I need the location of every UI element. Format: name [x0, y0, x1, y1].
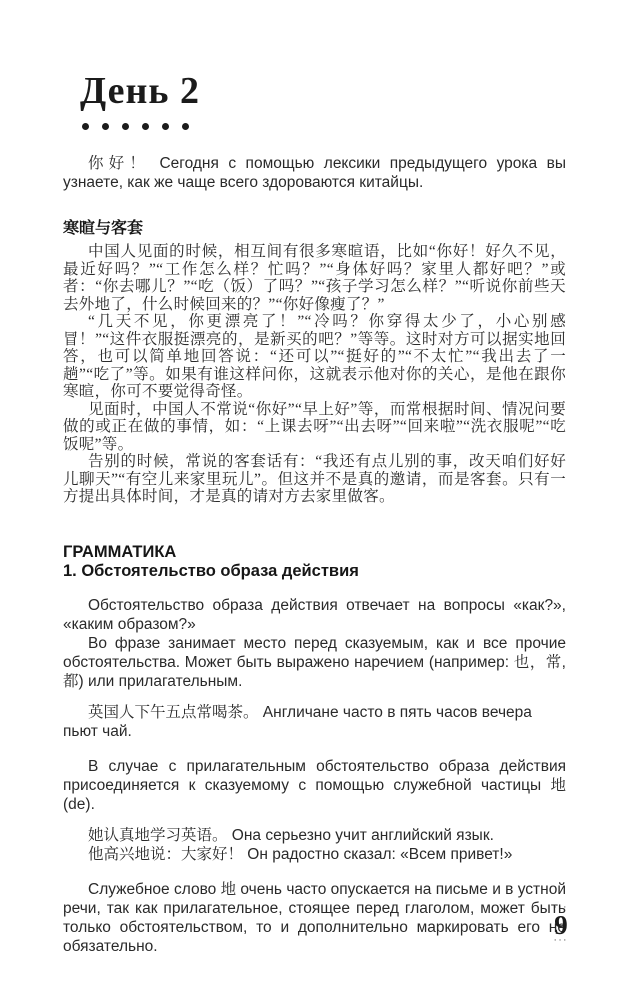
- title-dot: [122, 123, 129, 130]
- page-number: 9: [544, 912, 578, 938]
- chinese-paragraph: 中国人见面的时候，相互间有很多寒暄语，比如“你好！好久不见，最近好吗？”“工作怎…: [63, 243, 566, 313]
- small-talk-section: 寒暄与客套 中国人见面的时候，相互间有很多寒暄语，比如“你好！好久不见，最近好吗…: [63, 219, 566, 506]
- title-dots-decoration: [82, 123, 566, 130]
- grammar-example: 英国人下午五点常喝茶。 Англичане часто в пять часов…: [63, 703, 566, 741]
- title-dot: [182, 123, 189, 130]
- intro-paragraph: 你好！ Сегодня с помощью лексики предыдущег…: [63, 154, 566, 192]
- small-talk-heading: 寒暄与客套: [63, 219, 566, 238]
- example-line: 她认真地学习英语。 Она серьезно учит английский я…: [63, 826, 566, 845]
- grammar-paragraph: В случае с прилагательным обстоятельство…: [63, 757, 566, 814]
- small-talk-paragraphs: 中国人见面的时候，相互间有很多寒暄语，比如“你好！好久不见，最近好吗？”“工作怎…: [63, 243, 566, 506]
- page-number-ornament-bottom: ···: [544, 938, 578, 945]
- example-line: 他高兴地说：大家好！ Он радостно сказал: «Всем при…: [63, 845, 566, 864]
- title-dot: [102, 123, 109, 130]
- page-title: День 2: [80, 70, 566, 112]
- title-dot: [142, 123, 149, 130]
- grammar-heading: ГРАММАТИКА: [63, 543, 566, 562]
- grammar-example: 她认真地学习英语。 Она серьезно учит английский я…: [63, 826, 566, 864]
- book-page: День 2 你好！ Сегодня с помощью лексики пре…: [0, 0, 644, 1000]
- title-dot: [82, 123, 89, 130]
- grammar-paragraph: Обстоятельство образа действия отвечает …: [63, 596, 566, 634]
- grammar-paragraph: Служебное слово 地 очень часто опускается…: [63, 880, 566, 956]
- grammar-subheading: 1. Обстоятельство образа действия: [63, 562, 566, 581]
- grammar-paragraph: Во фразе занимает место перед сказуемым,…: [63, 634, 566, 691]
- title-dot: [162, 123, 169, 130]
- grammar-section: ГРАММАТИКА 1. Обстоятельство образа дейс…: [63, 543, 566, 956]
- chinese-paragraph: 见面时，中国人不常说“你好”“早上好”等，而常根据时间、情况问要做的或正在做的事…: [63, 401, 566, 454]
- chinese-paragraph: 告别的时候，常说的客套话有：“我还有点儿别的事，改天咱们好好儿聊天”“有空儿来家…: [63, 453, 566, 506]
- grammar-blocks: Обстоятельство образа действия отвечает …: [63, 596, 566, 956]
- chinese-paragraph: “几天不见，你更漂亮了！”“冷吗？你穿得太少了，小心别感冒！”“这件衣服挺漂亮的…: [63, 313, 566, 401]
- page-number-block: ··· 9 ···: [544, 905, 578, 945]
- example-line: 英国人下午五点常喝茶。 Англичане часто в пять часов…: [63, 703, 566, 741]
